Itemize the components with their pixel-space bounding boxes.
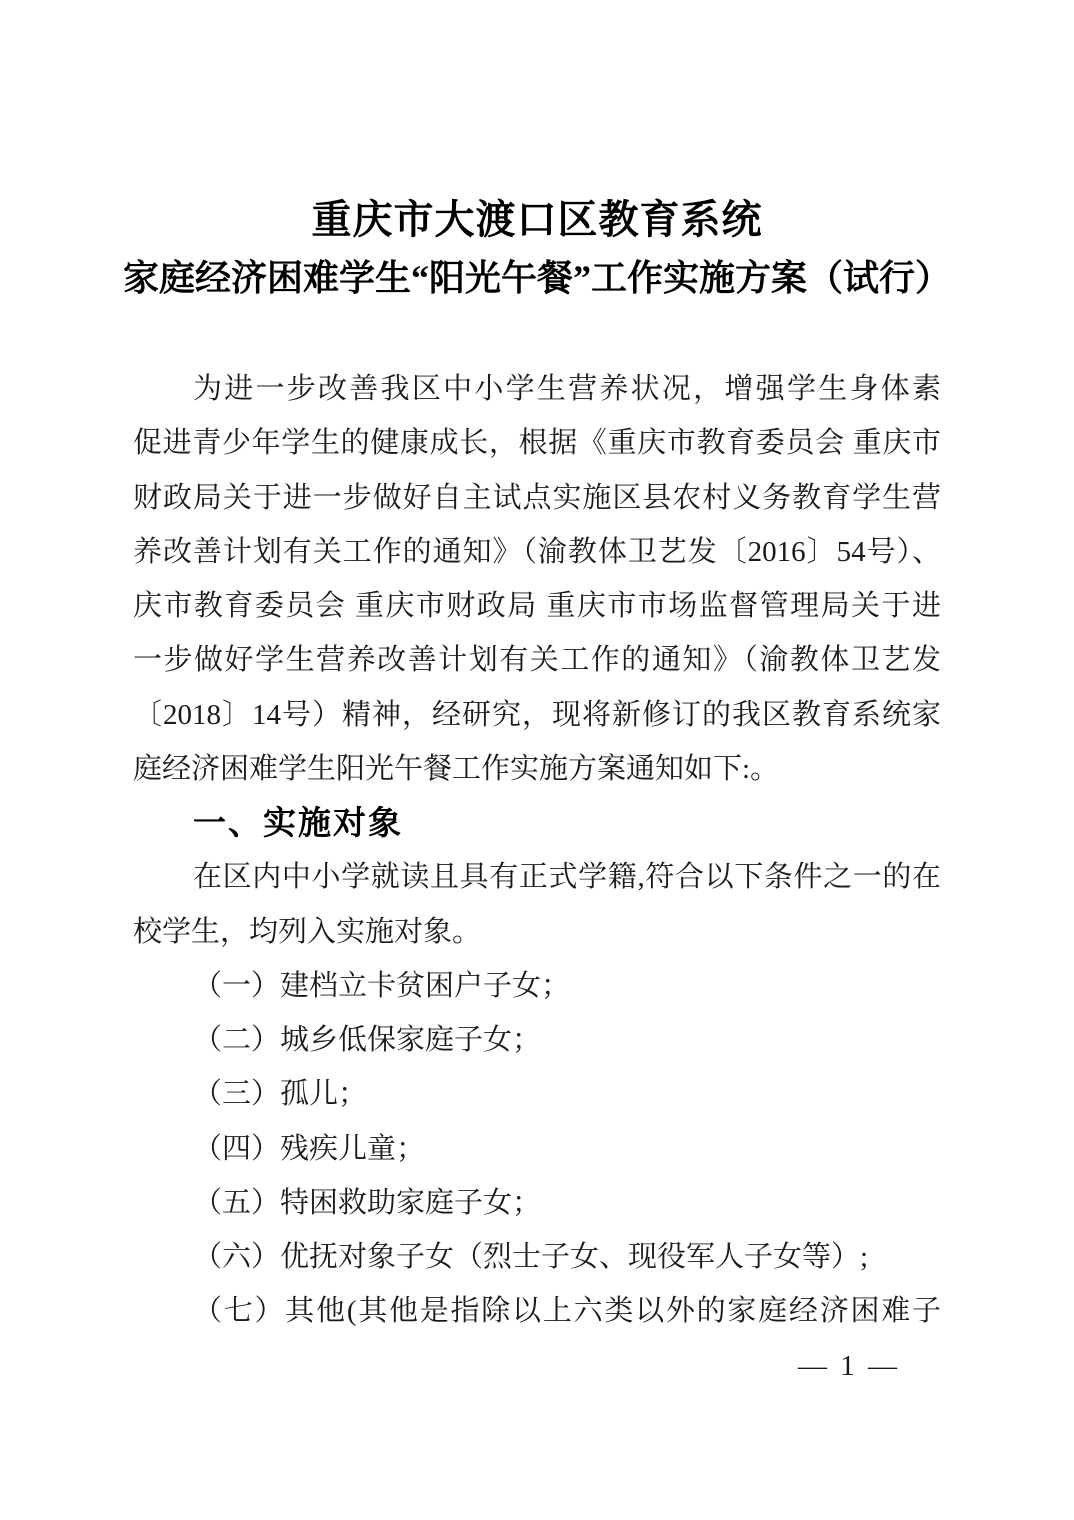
document-body: 为进一步改善我区中小学生营养状况，增强学生身体素质，促进青少年学生的健康成长，根… [133, 362, 941, 1339]
text-line: 养改善计划有关工作的通知》（渝教体卫艺发〔2016〕54号）、《重 [133, 525, 941, 579]
text-line: 促进青少年学生的健康成长，根据《重庆市教育委员会 重庆市 [133, 416, 941, 470]
text-line: 庆市教育委员会 重庆市财政局 重庆市市场监督管理局关于进 [133, 579, 941, 633]
text-line: 在区内中小学就读且具有正式学籍,符合以下条件之一的在 [133, 850, 941, 904]
text-line: （五）特困救助家庭子女； [133, 1176, 941, 1230]
text-line: （四）残疾儿童； [133, 1122, 941, 1176]
text-line: （六）优抚对象子女（烈士子女、现役军人子女等）; [133, 1230, 941, 1284]
document-title-line-1: 重庆市大渡口区教育系统 [0, 191, 1074, 249]
text-line: 为进一步改善我区中小学生营养状况，增强学生身体素质， [133, 362, 941, 416]
section-heading: 一、实施对象 [133, 796, 941, 850]
text-line: 校学生，均列入实施对象。 [133, 905, 941, 959]
text-line: （二）城乡低保家庭子女； [133, 1013, 941, 1067]
document-page: 重庆市大渡口区教育系统 家庭经济困难学生“阳光午餐”工作实施方案（试行） 为进一… [0, 0, 1074, 1520]
text-line: （一）建档立卡贫困户子女； [133, 959, 941, 1013]
document-title: 重庆市大渡口区教育系统 家庭经济困难学生“阳光午餐”工作实施方案（试行） [0, 191, 1074, 307]
text-line: 庭经济困难学生阳光午餐工作实施方案通知如下:。 [133, 742, 941, 796]
document-title-line-2: 家庭经济困难学生“阳光午餐”工作实施方案（试行） [0, 249, 1074, 307]
text-line: 〔2018〕14号）精神，经研究，现将新修订的我区教育系统家 [133, 688, 941, 742]
text-line: （七）其他(其他是指除以上六类以外的家庭经济困难子女， [133, 1284, 941, 1338]
text-line: （三）孤儿； [133, 1067, 941, 1121]
text-line: 一步做好学生营养改善计划有关工作的通知》（渝教体卫艺发 [133, 633, 941, 687]
text-line: 财政局关于进一步做好自主试点实施区县农村义务教育学生营 [133, 471, 941, 525]
page-number: — 1 — [798, 1346, 900, 1386]
